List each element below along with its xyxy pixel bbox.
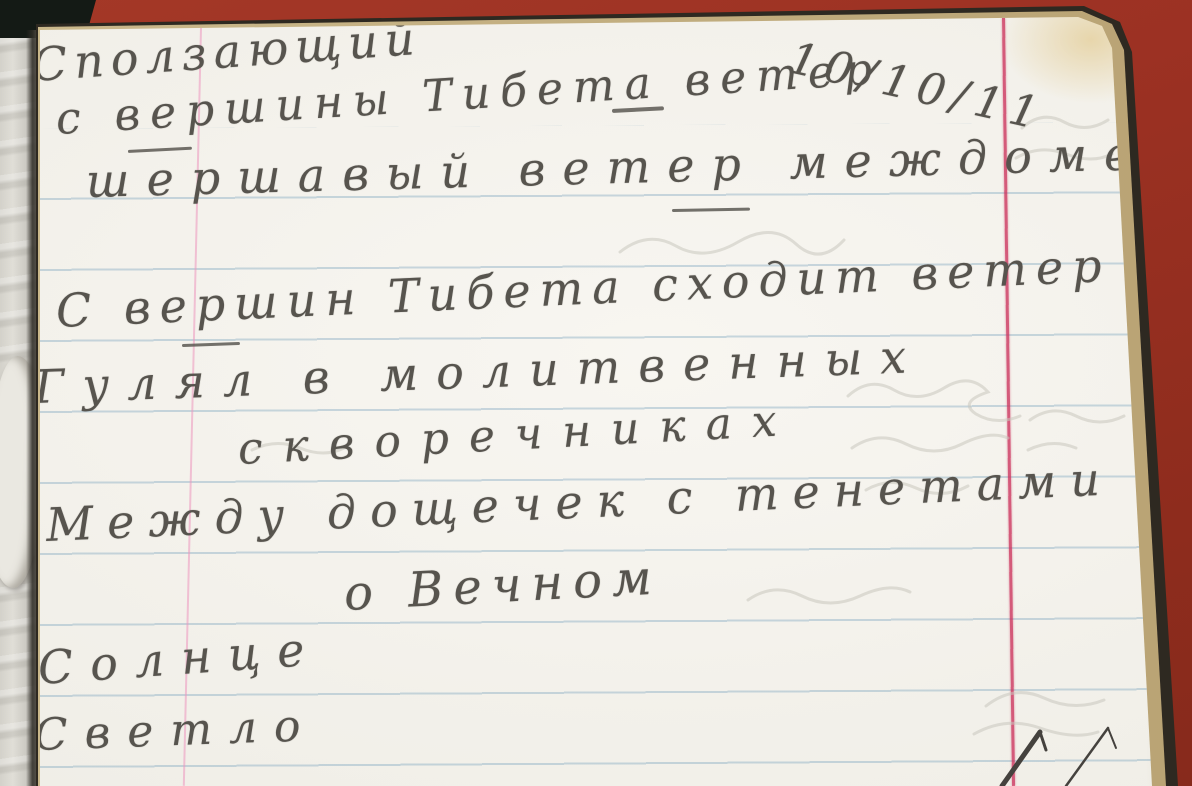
scanned-notebook-photo: { "notebook": { "date": "10/10/11", "lin…	[0, 0, 1192, 786]
notebook-page: 10/10/11 Сползающий с вершины Тибета вет…	[0, 0, 1192, 786]
pencil-strokes	[0, 0, 1192, 786]
